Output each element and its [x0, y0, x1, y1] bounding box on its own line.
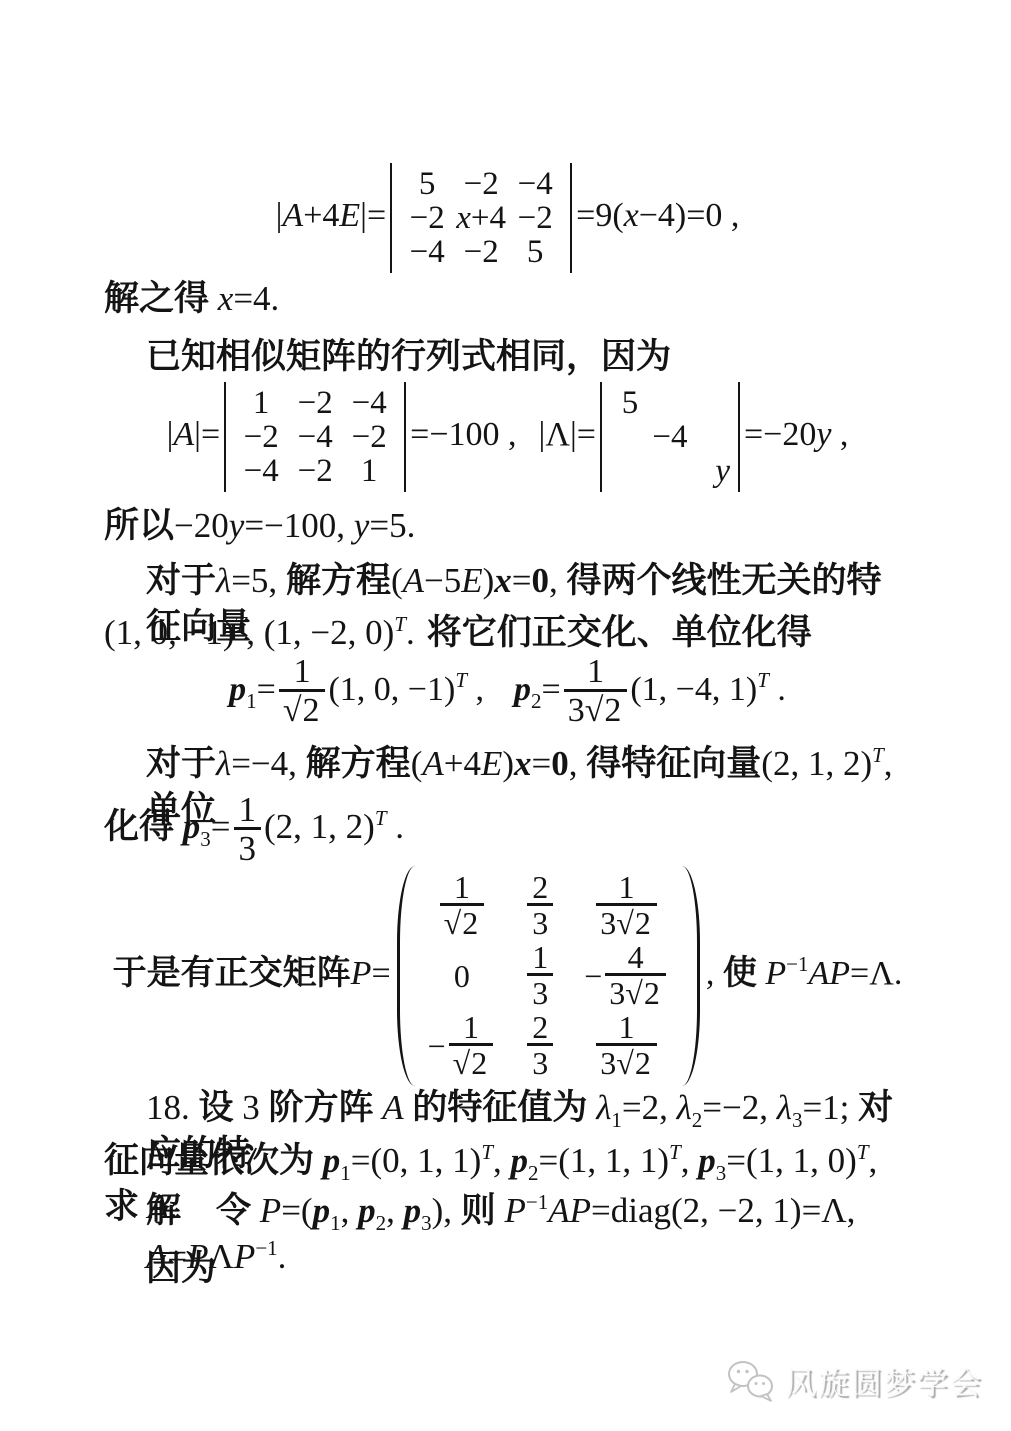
fraction-1-over-3sqrt2: 13√2 — [564, 655, 628, 729]
line-solve-x: 解之得 x=4. — [104, 276, 911, 322]
equation-det-A-and-Lambda: |A|= 1−2−4 −2−4−2 −4−21 =−100 ,|Λ|= 5 −4… — [104, 382, 911, 492]
line-because: 因为 — [104, 1246, 911, 1292]
wechat-icon — [725, 1359, 777, 1403]
eq1-lhs: |A+4E|= — [276, 197, 387, 234]
fraction-1-over-sqrt2: 1√2 — [279, 655, 326, 729]
determinant-A-plus-4E: 5−2−4 −2x+4−2 −4−25 — [390, 163, 572, 273]
left-paren — [397, 866, 415, 1086]
sqrt-symbol: √ — [283, 692, 302, 729]
matrix-P: 1√2 23 13√2 0 13 −43√2 −1√2 23 13√2 — [397, 866, 700, 1086]
line-eigenvectors: (1, 0, −1)T, (1, −2, 0)T.将它们正交化、单位化得 — [104, 610, 911, 656]
sqrt-symbol: √ — [585, 692, 604, 729]
line-similar-matrices: 已知相似矩阵的行列式相同，因为 — [104, 334, 911, 380]
eigenvector-p2: p2= — [514, 671, 561, 708]
matrix-P-symbol: P — [351, 955, 372, 992]
eigenvector-p1: p1= — [229, 671, 276, 708]
right-paren — [682, 866, 700, 1086]
document-page: |A+4E|= 5−2−4 −2x+4−2 −4−25 =9(x−4)=0 , … — [0, 0, 1011, 1431]
line-p3: 化得 p3=13(2, 1, 2)T . — [104, 792, 911, 867]
watermark-brand-text: 风旋圆梦学会 — [785, 1358, 983, 1403]
fraction-1-over-3: 13 — [234, 793, 262, 867]
equation-orthogonal-matrix-P: 于是有正交矩阵P= 1√2 23 13√2 0 13 −43√2 −1√2 23… — [104, 866, 911, 1086]
equation-det-A-plus-4E: |A+4E|= 5−2−4 −2x+4−2 −4−25 =9(x−4)=0 , — [104, 163, 911, 273]
watermark-footer: 风旋圆梦学会 — [725, 1358, 983, 1403]
equation-p1-p2: p1=1√2(1, 0, −1)T ,p2=13√2(1, −4, 1)T . — [104, 655, 911, 729]
line-so-y-5: 所以−20y=−100, y=5. — [104, 503, 911, 549]
eq1-rhs: =9(x−4)=0 , — [576, 197, 739, 234]
determinant-A: 1−2−4 −2−4−2 −4−21 — [224, 382, 406, 492]
determinant-Lambda: 5 −4 y — [600, 382, 740, 492]
